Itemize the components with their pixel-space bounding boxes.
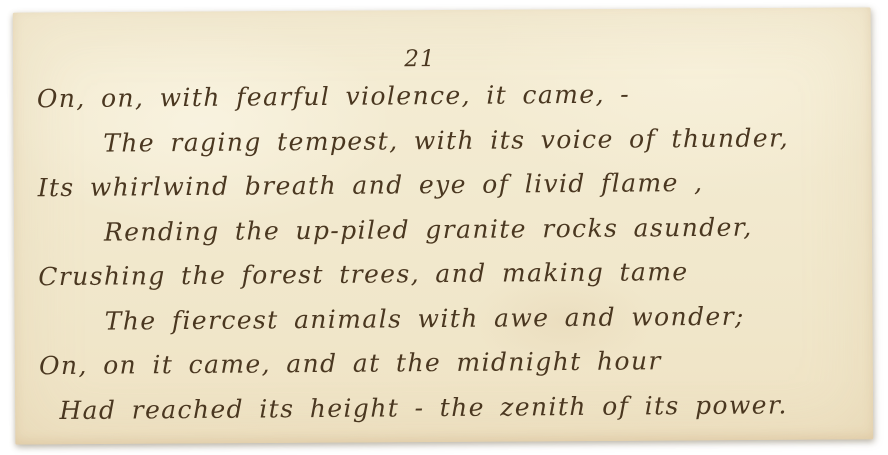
manuscript-scan: 21 On, on, with fearful violence, it cam…	[0, 0, 888, 455]
poem-line: The raging tempest, with its voice of th…	[37, 115, 861, 166]
poem-line: Rending the up-piled granite rocks asund…	[38, 204, 862, 255]
poem-line: The fiercest animals with awe and wonder…	[39, 293, 863, 344]
poem-line: On, on it came, and at the midnight hour	[39, 338, 863, 389]
poem: On, on, with fearful violence, it came, …	[37, 71, 864, 433]
poem-line: Had reached its height - the zenith of i…	[39, 382, 863, 433]
poem-line: Its whirlwind breath and eye of livid fl…	[37, 160, 861, 211]
poem-line: Crushing the forest trees, and making ta…	[38, 249, 862, 300]
manuscript-page: 21 On, on, with fearful violence, it cam…	[13, 7, 874, 444]
poem-line: On, on, with fearful violence, it came, …	[37, 71, 861, 122]
page-number: 21	[13, 44, 827, 75]
